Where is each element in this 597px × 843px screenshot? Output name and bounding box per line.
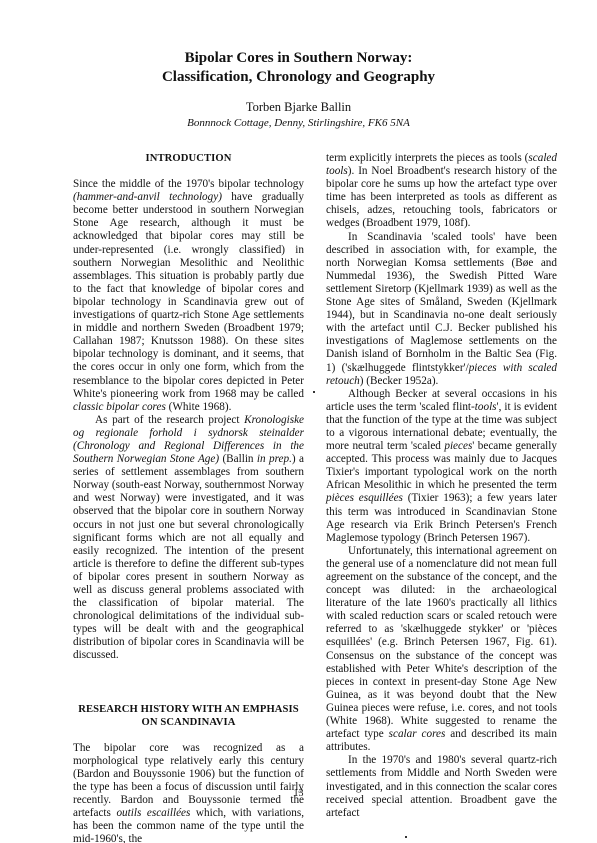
text-run: ) a series of settlement assemblages fro…: [73, 453, 304, 661]
italic-text: classic bipolar cores: [73, 401, 166, 413]
text-run: In the 1970's and 1980's several quartz-…: [326, 754, 557, 818]
text-run: As part of the research project: [95, 414, 244, 426]
text-run: term explicitly interprets the pieces as…: [326, 152, 528, 164]
italic-text: pièces esquillées: [326, 492, 403, 504]
section-heading-research-history-line-2: ON SCANDINAVIA: [73, 716, 304, 729]
italic-text: in prep.: [257, 453, 292, 465]
text-run: In Scandinavia 'scaled tools' have been …: [326, 231, 557, 374]
text-run: Unfortunately, this international agreem…: [326, 545, 557, 740]
text-run: ) (Becker 1952a).: [360, 375, 439, 387]
italic-text: scalar cores: [389, 728, 446, 740]
left-column: INTRODUCTION Since the middle of the 197…: [73, 152, 304, 843]
scan-speck: [405, 836, 407, 838]
paragraph: Unfortunately, this international agreem…: [326, 545, 557, 755]
author-affiliation: Bonnnock Cottage, Denny, Stirlingshire, …: [0, 117, 597, 129]
section-heading-introduction: INTRODUCTION: [73, 152, 304, 165]
text-run: (White 1968).: [166, 401, 232, 413]
paragraph: term explicitly interprets the pieces as…: [326, 152, 557, 231]
page-number: 13: [0, 788, 597, 799]
scan-speck: [313, 391, 315, 393]
author-name: Torben Bjarke Ballin: [0, 100, 597, 115]
text-run: Since the middle of the 1970's bipolar t…: [73, 178, 304, 190]
paragraph: As part of the research project Kronolog…: [73, 414, 304, 663]
right-column: term explicitly interprets the pieces as…: [326, 152, 557, 820]
paragraph: In Scandinavia 'scaled tools' have been …: [326, 231, 557, 388]
section-heading-research-history-line-1: RESEARCH HISTORY WITH AN EMPHASIS: [73, 703, 304, 716]
paragraph: Although Becker at several occasions in …: [326, 388, 557, 545]
text-run: ). In Noel Broadbent's research history …: [326, 165, 557, 229]
article-title-line-2: Classification, Chronology and Geography: [0, 68, 597, 87]
text-run: (Ballin: [219, 453, 257, 465]
italic-text: (hammer-and-anvil technology): [73, 191, 222, 203]
italic-text: pieces: [444, 440, 472, 452]
italic-text: outils escaillées: [116, 807, 190, 819]
text-run: have gradually become better understood …: [73, 191, 304, 399]
paragraph: Since the middle of the 1970's bipolar t…: [73, 178, 304, 414]
italic-text: tools: [475, 401, 497, 413]
article-title-line-1: Bipolar Cores in Southern Norway:: [0, 49, 597, 68]
